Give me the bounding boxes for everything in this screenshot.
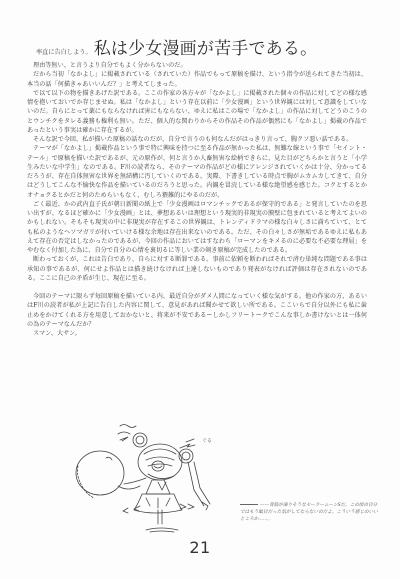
character-body-icon [134, 480, 182, 532]
headline-lead: 率直に告白しよう。 [36, 49, 92, 56]
page-number: 21 [0, 538, 400, 557]
paragraph: そんな訳で今回、私が描いた原稿の話なのだが、自分で言うのも何なんだがはっきり言っ… [27, 135, 367, 144]
character-arm-icon [188, 462, 210, 510]
paragraph: 理由等無い、と言うより自分でもよく分からないのだ。 [27, 61, 367, 70]
headline-statement: 私は少女漫画が苦手である。 [94, 39, 318, 59]
paragraph: だから当初「なかよし」に掲載されている（されていた）作品でもって原稿を描け、とい… [27, 70, 367, 89]
paragraph: 今回のテーマに限らず毎回原稿を描いている内、最近自分がダメ人間になっていく様な気… [27, 292, 367, 329]
document-page: 率直に告白しよう。私は少女漫画が苦手である。 理由等無い、と言うより自分でもよく… [0, 0, 400, 579]
character-sketch: ぐる [62, 418, 252, 538]
paragraph: で以て以下の物を描きあげた訳である。ここの作家の各方々が「なかよし」に掲載された… [27, 89, 367, 135]
essay-body: 理由等無い、と言うより自分でもよく分からないのだ。 だから当初「なかよし」に掲載… [27, 61, 367, 338]
paragraph: テーマが「なかよし」掲載作品という事で特に興味を持つに至る作品が無かった私は、無… [27, 144, 367, 200]
balloon-icon [76, 451, 140, 498]
em-dash-divider [240, 504, 258, 505]
svg-text:ぐる: ぐる [202, 438, 212, 444]
character-head-icon [133, 433, 193, 480]
caption-text: ——背筋が凍りそうなセーラームーンSだ。この頃の自分ではもう駄目だった気がしてな… [240, 503, 378, 522]
illustration-caption: ——背筋が凍りそうなセーラームーンSだ。この頃の自分ではもう駄目だった気がしてな… [240, 502, 380, 523]
motion-lines-icon: ぐる [118, 425, 212, 514]
paragraph-signoff: スマン、大サン。 [27, 329, 367, 338]
paragraph: ごく最近、かの武内直子氏が朝日新聞の紙上で「少女漫画はロマンチックであるが保守的… [27, 200, 367, 256]
paragraph: 断わっておくが、これは告白であり、自らに対する断罪である。事前に依頼を断わればそ… [27, 255, 367, 283]
